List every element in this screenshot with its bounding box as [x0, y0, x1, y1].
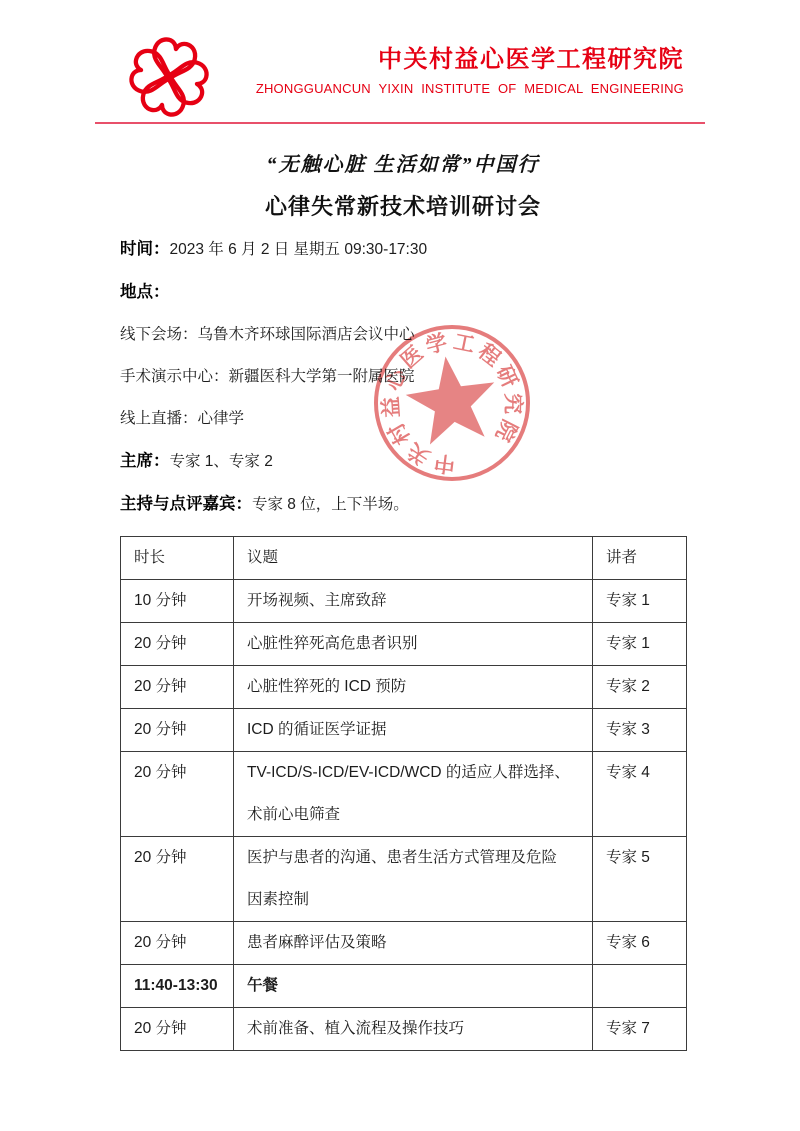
agenda-cell-speaker: 专家 3	[593, 709, 687, 752]
agenda-row: 11:40-13:30午餐	[121, 965, 687, 1008]
online-stream-line: 线上直播：心律学	[120, 408, 686, 430]
time-value: 2023 年 6 月 2 日 星期五 09:30-17:30	[170, 241, 428, 258]
agenda-row: 20 分钟术前准备、植入流程及操作技巧专家 7	[121, 1008, 687, 1051]
event-title: 心律失常新技术培训研讨会	[120, 193, 686, 221]
chair-label: 主席：	[120, 452, 170, 470]
column-header-speaker: 讲者	[593, 537, 687, 580]
agenda-cell-speaker: 专家 7	[593, 1008, 687, 1051]
agenda-cell-speaker: 专家 1	[593, 580, 687, 623]
agenda-cell-speaker: 专家 1	[593, 623, 687, 666]
agenda-cell-duration: 20 分钟	[121, 837, 234, 922]
agenda-cell-speaker: 专家 6	[593, 922, 687, 965]
column-header-duration: 时长	[121, 537, 234, 580]
host-line: 主持与点评嘉宾：专家 8 位，上下半场。	[120, 493, 686, 516]
agenda-cell-duration: 20 分钟	[121, 623, 234, 666]
chair-value: 专家 1、专家 2	[170, 453, 273, 470]
agenda-cell-duration: 11:40-13:30	[121, 965, 234, 1008]
agenda-cell-topic: 患者麻醉评估及策略	[234, 922, 593, 965]
agenda-cell-speaker: 专家 5	[593, 837, 687, 922]
agenda-table: 时长 议题 讲者 10 分钟开场视频、主席致辞专家 120 分钟心脏性猝死高危患…	[120, 536, 687, 1051]
agenda-cell-topic: TV-ICD/S-ICD/EV-ICD/WCD 的适应人群选择、 术前心电筛查	[234, 752, 593, 837]
agenda-table-body: 10 分钟开场视频、主席致辞专家 120 分钟心脏性猝死高危患者识别专家 120…	[121, 580, 687, 1051]
agenda-row: 10 分钟开场视频、主席致辞专家 1	[121, 580, 687, 623]
document-page: 中关村益心医学工程研究院 ZHONGGUANCUN YIXIN INSTITUT…	[0, 0, 800, 1131]
agenda-cell-duration: 20 分钟	[121, 752, 234, 837]
agenda-cell-speaker: 专家 2	[593, 666, 687, 709]
event-info: 时间：2023 年 6 月 2 日 星期五 09:30-17:30 地点： 线下…	[120, 238, 686, 516]
agenda-row: 20 分钟ICD 的循证医学证据专家 3	[121, 709, 687, 752]
time-label: 时间：	[120, 240, 170, 258]
agenda-cell-topic: 心脏性猝死的 ICD 预防	[234, 666, 593, 709]
host-value: 专家 8 位，上下半场。	[252, 496, 409, 513]
clover-hearts-logo-icon	[126, 34, 212, 120]
location-label: 地点：	[120, 283, 170, 301]
host-label: 主持与点评嘉宾：	[120, 495, 252, 513]
agenda-cell-duration: 20 分钟	[121, 922, 234, 965]
agenda-row: 20 分钟TV-ICD/S-ICD/EV-ICD/WCD 的适应人群选择、 术前…	[121, 752, 687, 837]
agenda-cell-duration: 20 分钟	[121, 709, 234, 752]
org-name-chinese: 中关村益心医学工程研究院	[256, 46, 684, 75]
agenda-cell-topic: 开场视频、主席致辞	[234, 580, 593, 623]
time-line: 时间：2023 年 6 月 2 日 星期五 09:30-17:30	[120, 238, 686, 261]
agenda-cell-duration: 20 分钟	[121, 666, 234, 709]
document-body: “无触心脏 生活如常”中国行 心律失常新技术培训研讨会 时间：2023 年 6 …	[120, 151, 686, 1051]
offline-venue-line: 线下会场：乌鲁木齐环球国际酒店会议中心	[120, 324, 686, 346]
agenda-cell-duration: 10 分钟	[121, 580, 234, 623]
agenda-cell-speaker: 专家 4	[593, 752, 687, 837]
agenda-row: 20 分钟医护与患者的沟通、患者生活方式管理及危险 因素控制专家 5	[121, 837, 687, 922]
agenda-cell-topic: 术前准备、植入流程及操作技巧	[234, 1008, 593, 1051]
agenda-cell-duration: 20 分钟	[121, 1008, 234, 1051]
column-header-topic: 议题	[234, 537, 593, 580]
surgery-center-line: 手术演示中心：新疆医科大学第一附属医院	[120, 366, 686, 388]
location-line: 地点：	[120, 281, 686, 304]
agenda-cell-topic: 心脏性猝死高危患者识别	[234, 623, 593, 666]
chair-line: 主席：专家 1、专家 2	[120, 450, 686, 473]
agenda-row: 20 分钟心脏性猝死的 ICD 预防专家 2	[121, 666, 687, 709]
agenda-cell-topic: 午餐	[234, 965, 593, 1008]
agenda-cell-topic: 医护与患者的沟通、患者生活方式管理及危险 因素控制	[234, 837, 593, 922]
agenda-row: 20 分钟心脏性猝死高危患者识别专家 1	[121, 623, 687, 666]
agenda-cell-speaker	[593, 965, 687, 1008]
header-divider	[95, 122, 705, 124]
agenda-row: 20 分钟患者麻醉评估及策略专家 6	[121, 922, 687, 965]
campaign-slogan: “无触心脏 生活如常”中国行	[120, 151, 686, 179]
letterhead: 中关村益心医学工程研究院 ZHONGGUANCUN YIXIN INSTITUT…	[0, 0, 800, 125]
agenda-cell-topic: ICD 的循证医学证据	[234, 709, 593, 752]
org-name-block: 中关村益心医学工程研究院 ZHONGGUANCUN YIXIN INSTITUT…	[256, 46, 684, 96]
agenda-header-row: 时长 议题 讲者	[121, 537, 687, 580]
org-name-english: ZHONGGUANCUN YIXIN INSTITUTE OF MEDICAL …	[256, 82, 684, 96]
